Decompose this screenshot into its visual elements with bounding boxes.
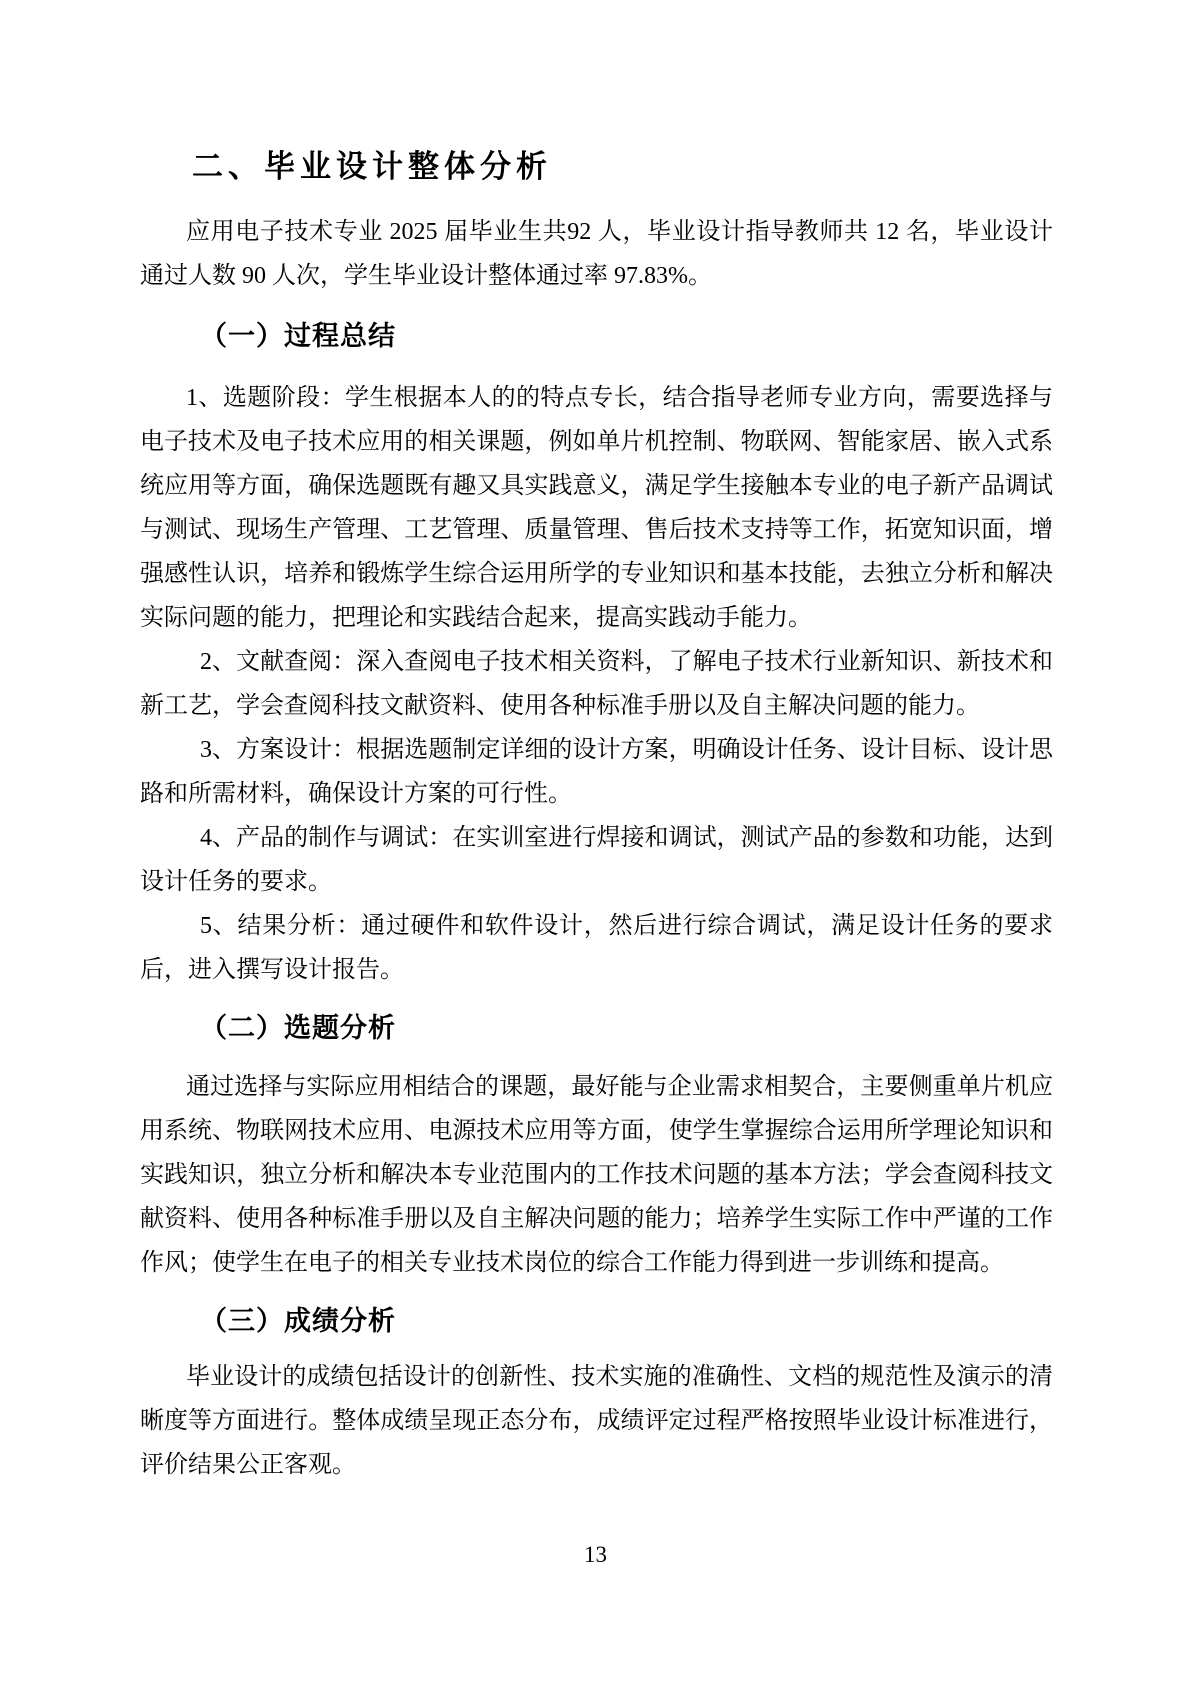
paragraph-score-analysis: 毕业设计的成绩包括设计的创新性、技术实施的准确性、文档的规范性及演示的清晰度等方… bbox=[140, 1355, 1053, 1487]
subsection-heading-topic-analysis: （二）选题分析 bbox=[200, 1010, 1053, 1046]
section-title: 二、毕业设计整体分析 bbox=[192, 147, 1053, 187]
paragraph-topic-selection: 1、选题阶段：学生根据本人的的特点专长，结合指导老师专业方向，需要选择与电子技术… bbox=[140, 376, 1053, 640]
paragraph-product-making-debugging: 4、产品的制作与调试：在实训室进行焊接和调试，测试产品的参数和功能，达到设计任务… bbox=[140, 816, 1053, 904]
paragraph-result-analysis: 5、结果分析：通过硬件和软件设计，然后进行综合调试，满足设计任务的要求后，进入撰… bbox=[140, 904, 1053, 992]
paragraph-literature-review: 2、文献查阅：深入查阅电子技术相关资料，了解电子技术行业新知识、新技术和新工艺，… bbox=[140, 640, 1053, 728]
paragraph-topic-analysis: 通过选择与实际应用相结合的课题，最好能与企业需求相契合，主要侧重单片机应用系统、… bbox=[140, 1065, 1053, 1285]
subsection-heading-process-summary: （一）过程总结 bbox=[200, 318, 1053, 354]
intro-paragraph: 应用电子技术专业 2025 届毕业生共92 人，毕业设计指导教师共 12 名，毕… bbox=[140, 210, 1053, 298]
document-page: 二、毕业设计整体分析 应用电子技术专业 2025 届毕业生共92 人，毕业设计指… bbox=[0, 0, 1191, 1684]
page-content: 二、毕业设计整体分析 应用电子技术专业 2025 届毕业生共92 人，毕业设计指… bbox=[140, 147, 1053, 1487]
page-number: 13 bbox=[0, 1540, 1191, 1570]
subsection-heading-score-analysis: （三）成绩分析 bbox=[200, 1303, 1053, 1339]
paragraph-scheme-design: 3、方案设计：根据选题制定详细的设计方案，明确设计任务、设计目标、设计思路和所需… bbox=[140, 728, 1053, 816]
